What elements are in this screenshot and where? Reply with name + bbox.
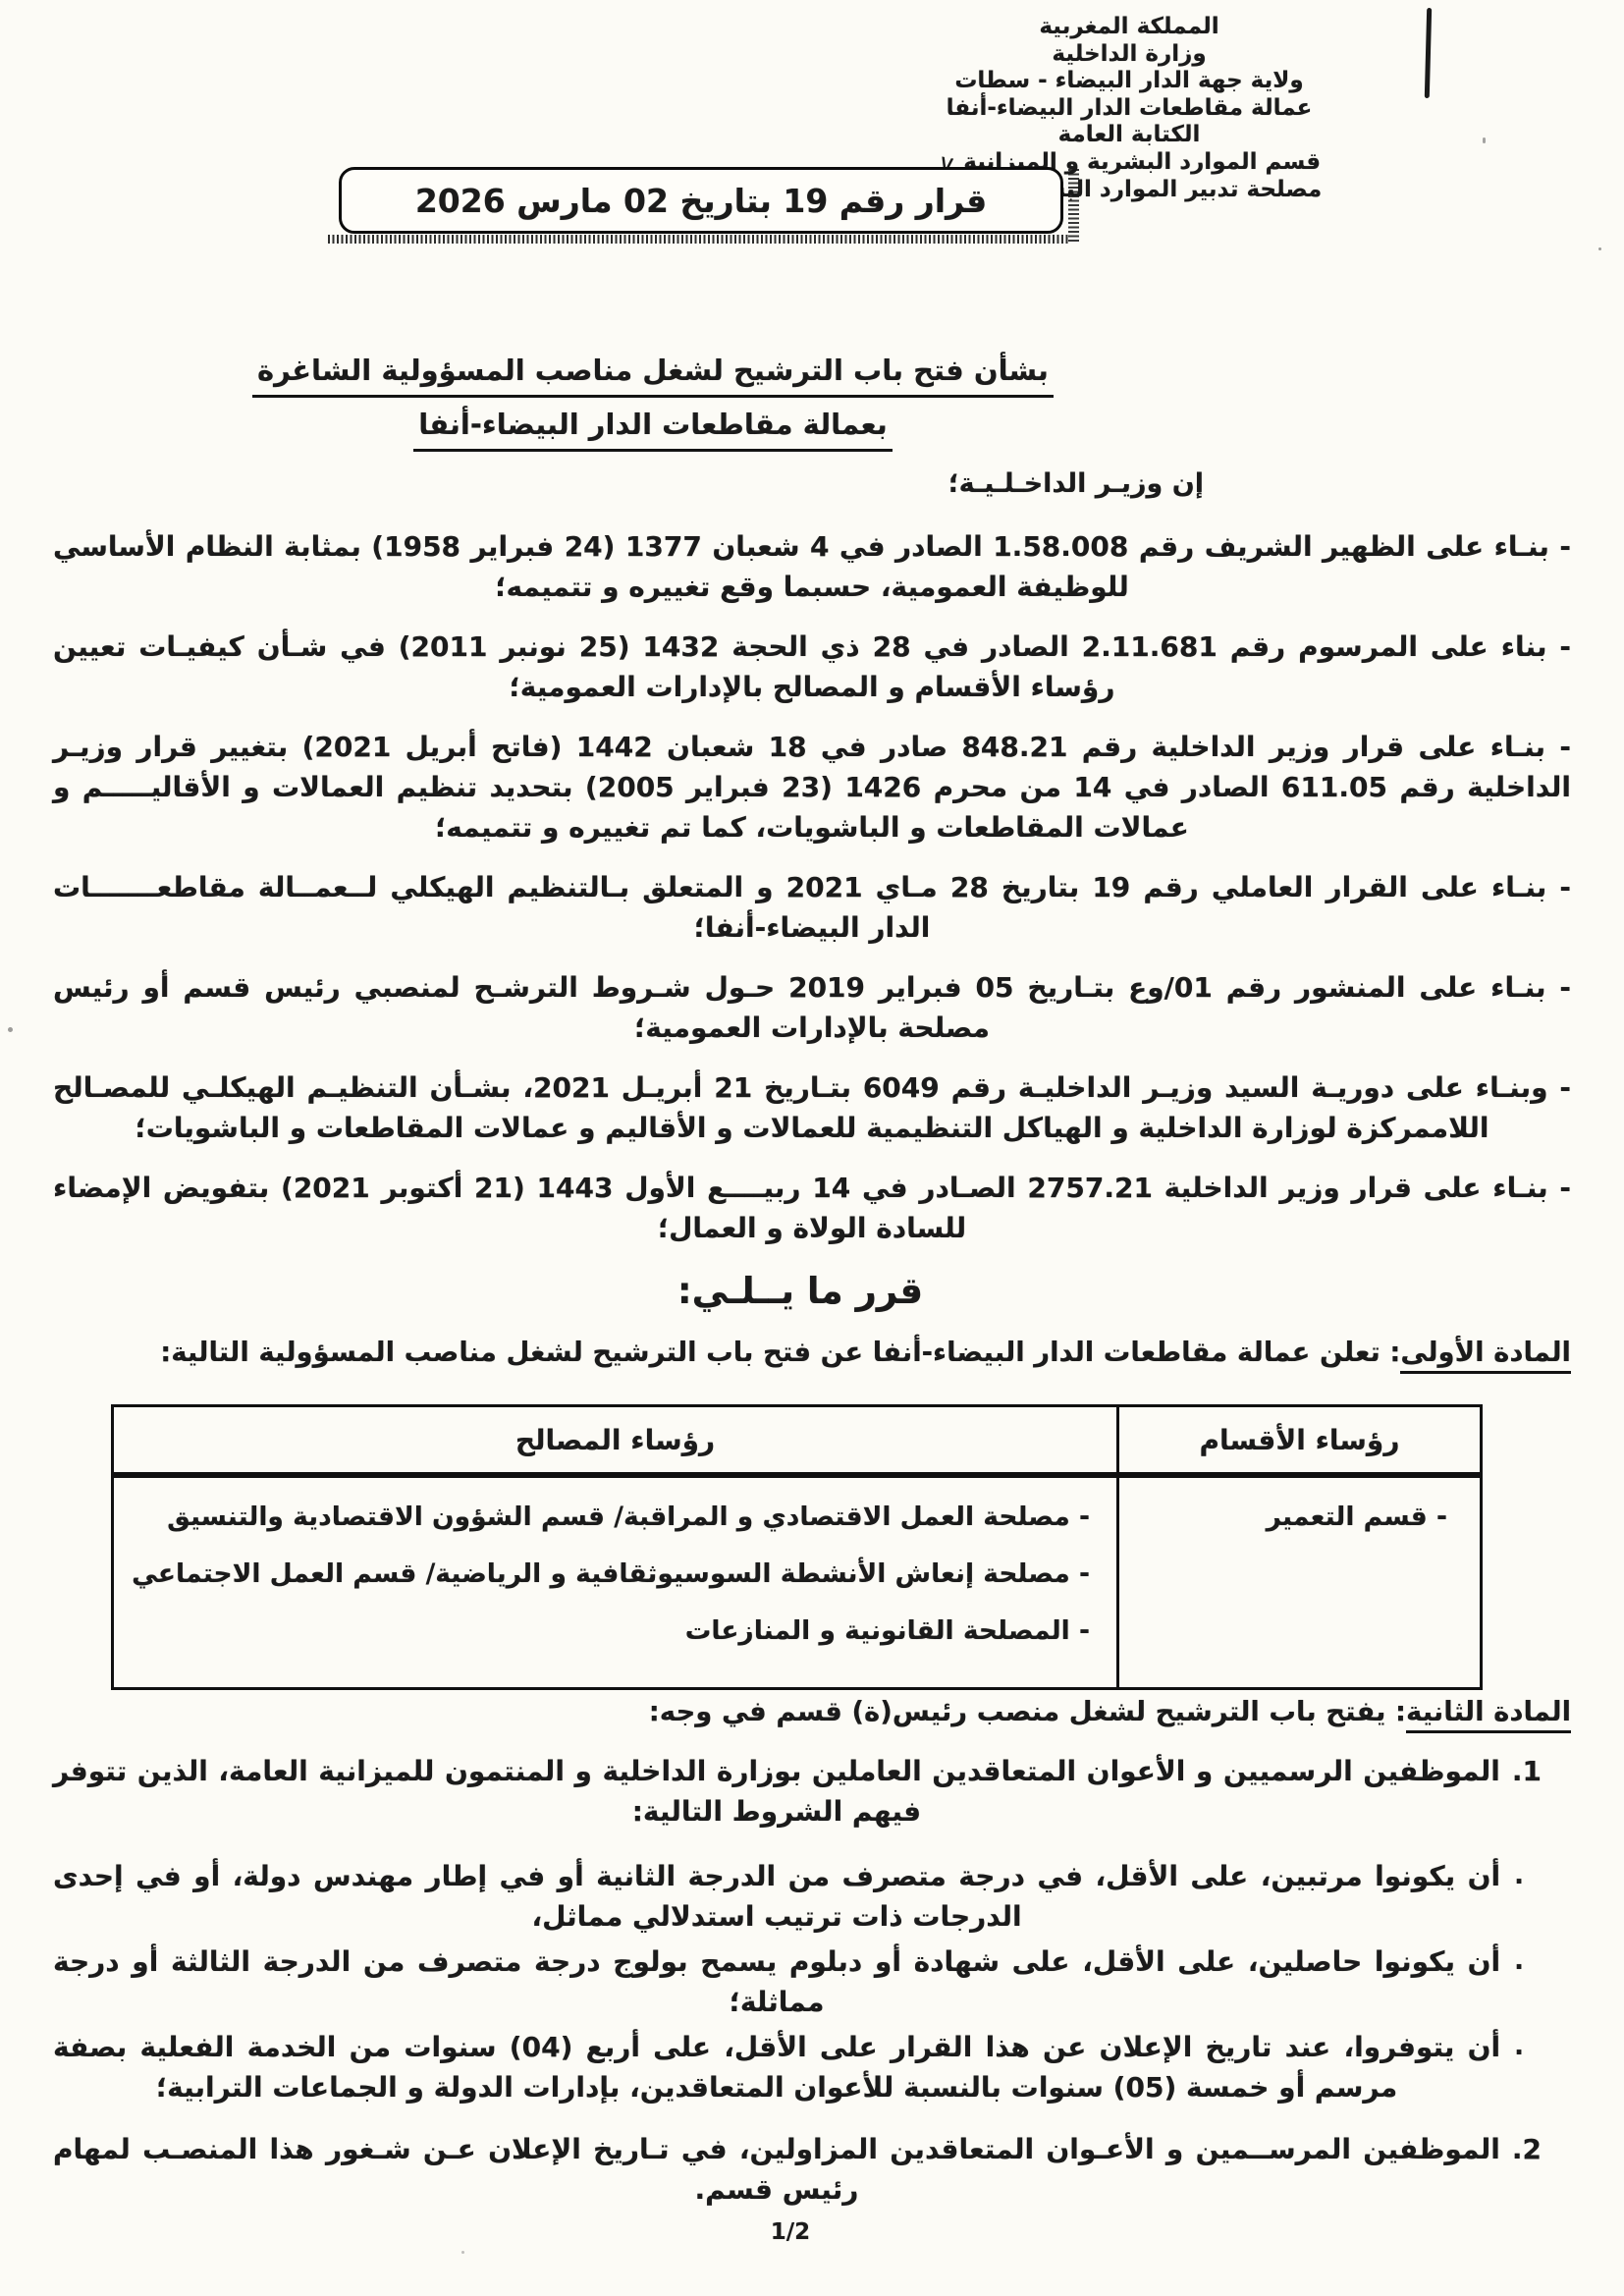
decision-number-text: قرار رقم 19 بتاريخ 02 مارس 2026 [415, 182, 987, 220]
scan-speck [1598, 247, 1601, 250]
preamble-text: على الظهير الشريف رقم 1.58.008 الصادر في… [53, 530, 1494, 603]
header-division-heads: رؤساء الأقسام [1118, 1406, 1482, 1476]
condition-marker: . [1514, 2027, 1524, 2107]
preamble-text: على المرسوم رقم 2.11.681 الصادر في 28 ذي… [53, 630, 1501, 703]
page-number: 1/2 [20, 2219, 1561, 2245]
preamble-item: - بنـاء على المنشور رقم 01/وع بتـاريخ 05… [53, 967, 1571, 1048]
service-item: - مصلحة العمل الاقتصادي و المراقبة/ قسم … [115, 1502, 1115, 1532]
preamble-text: على قرار وزير الداخلية رقم 848.21 صادر ف… [53, 731, 1571, 844]
preamble-lead: - وبنـاء [1476, 1071, 1571, 1104]
title-line-1: بشأن فتح باب الترشيح لشغل مناصب المسؤولي… [252, 354, 1054, 398]
article-2: المادة الثانية: يفتح باب الترشيح لشغل من… [53, 1691, 1571, 1732]
preamble-text: على دوريـة السيد وزيـر الداخليـة رقم 604… [53, 1071, 1489, 1144]
item-1-number: 1. [1512, 1751, 1542, 1831]
preamble-list: - بنـاء على الظهير الشريف رقم 1.58.008 ا… [53, 526, 1571, 1268]
condition-row: . أن يتوفروا، عند تاريخ الإعلان عن هذا ا… [53, 2027, 1524, 2107]
services-cell: - مصلحة العمل الاقتصادي و المراقبة/ قسم … [113, 1475, 1118, 1689]
scan-speck [1483, 137, 1486, 143]
minister-intro: إن وزيـر الداخـلـيـة؛ [948, 468, 1204, 499]
condition-text: أن يكونوا مرتبين، على الأقل، في درجة متص… [53, 1856, 1500, 1937]
preamble-lead: - بنـاء [1490, 731, 1571, 763]
divisions-cell: - قسم التعمير [1118, 1475, 1482, 1689]
document-title: بشأن فتح باب الترشيح لشغل مناصب المسؤولي… [113, 354, 1193, 452]
letterhead-ministry: وزارة الداخلية [854, 41, 1404, 69]
preamble-lead: - بنـاء [1490, 971, 1571, 1004]
preamble-text: على القرار العاملي رقم 19 بتاريخ 28 مـاي… [53, 871, 1491, 944]
condition-text: أن يكونوا حاصلين، على الأقل، على شهادة أ… [53, 1941, 1500, 2022]
article-1-label: المادة الأولى [1400, 1337, 1571, 1374]
preamble-item: - وبنـاء على دوريـة السيد وزيـر الداخليـ… [53, 1067, 1571, 1148]
decision-number-box: قرار رقم 19 بتاريخ 02 مارس 2026 [339, 167, 1063, 234]
letterhead-kingdom: المملكة المغربية [854, 14, 1404, 41]
table-body-row: - قسم التعمير - مصلحة العمل الاقتصادي و … [113, 1475, 1482, 1689]
preamble-item: - بنـاء على القرار العاملي رقم 19 بتاريخ… [53, 867, 1571, 948]
condition-row: . أن يكونوا حاصلين، على الأقل، على شهادة… [53, 1941, 1524, 2022]
article-2-text: : يفتح باب الترشيح لشغل منصب رئيس(ة) قسم… [649, 1696, 1406, 1727]
condition-marker: . [1514, 1941, 1524, 2022]
table-header-row: رؤساء الأقسام رؤساء المصالح [113, 1406, 1482, 1476]
condition-text: أن يتوفروا، عند تاريخ الإعلان عن هذا الق… [53, 2027, 1500, 2107]
letterhead-general-secretariat: الكتابة العامة [854, 122, 1404, 149]
vacant-positions-table: رؤساء الأقسام رؤساء المصالح - قسم التعمي… [111, 1404, 1483, 1690]
scan-speck [461, 2251, 464, 2254]
item-2-text: الموظفين المرســمين و الأعـوان المتعاقدي… [53, 2129, 1500, 2210]
preamble-lead: - بناء [1501, 630, 1571, 663]
decree-heading: قرر ما يــلـي: [0, 1270, 1600, 1312]
service-item: - مصلحة إنعاش الأنشطة السوسيوثقافية و ال… [115, 1558, 1115, 1589]
preamble-item: - بنـاء على قرار وزير الداخلية رقم 848.2… [53, 727, 1571, 847]
item-1-text: الموظفين الرسميين و الأعوان المتعاقدين ا… [53, 1751, 1500, 1831]
preamble-text: على قرار وزير الداخلية 2757.21 الصـادر ف… [53, 1172, 1492, 1244]
eligibility-item-1: 1. الموظفين الرسميين و الأعوان المتعاقدي… [53, 1751, 1542, 1831]
title-line-2: بعمالة مقاطعات الدار البيضاء-أنفا [413, 408, 892, 452]
division-item: - قسم التعمير [1120, 1502, 1479, 1532]
letterhead-wilaya: ولاية جهة الدار البيضاء - سطات [854, 68, 1404, 95]
eligibility-item-2: 2. الموظفين المرســمين و الأعـوان المتعا… [53, 2129, 1542, 2210]
preamble-lead: - بنـاء [1491, 871, 1571, 903]
preamble-item: - بنـاء على الظهير الشريف رقم 1.58.008 ا… [53, 526, 1571, 607]
preamble-item: - بناء على المرسوم رقم 2.11.681 الصادر ف… [53, 627, 1571, 707]
preamble-lead: - بنـاء [1492, 1172, 1571, 1204]
pen-stroke-mark [1425, 8, 1432, 98]
item-2-number: 2. [1512, 2129, 1542, 2210]
scanned-document-page: المملكة المغربية وزارة الداخلية ولاية جه… [0, 0, 1624, 2296]
article-2-label: المادة الثانية [1406, 1696, 1571, 1733]
service-item: - المصلحة القانونية و المنازعات [115, 1615, 1115, 1646]
preamble-text: على المنشور رقم 01/وع بتـاريخ 05 فبراير … [53, 971, 1490, 1044]
preamble-lead: - بنـاء [1494, 530, 1571, 563]
letterhead-prefecture: عمالة مقاطعات الدار البيضاء-أنفا [854, 95, 1404, 123]
preamble-item: - بنـاء على قرار وزير الداخلية 2757.21 ا… [53, 1168, 1571, 1248]
article-1: المادة الأولى: تعلن عمالة مقاطعات الدار … [53, 1332, 1571, 1373]
condition-marker: . [1514, 1856, 1524, 1937]
header-service-heads: رؤساء المصالح [113, 1406, 1118, 1476]
conditions-list: . أن يكونوا مرتبين، على الأقل، في درجة م… [53, 1856, 1524, 2112]
condition-row: . أن يكونوا مرتبين، على الأقل، في درجة م… [53, 1856, 1524, 1937]
scan-speck [8, 1027, 13, 1032]
article-1-text: : تعلن عمالة مقاطعات الدار البيضاء-أنفا … [160, 1337, 1400, 1368]
